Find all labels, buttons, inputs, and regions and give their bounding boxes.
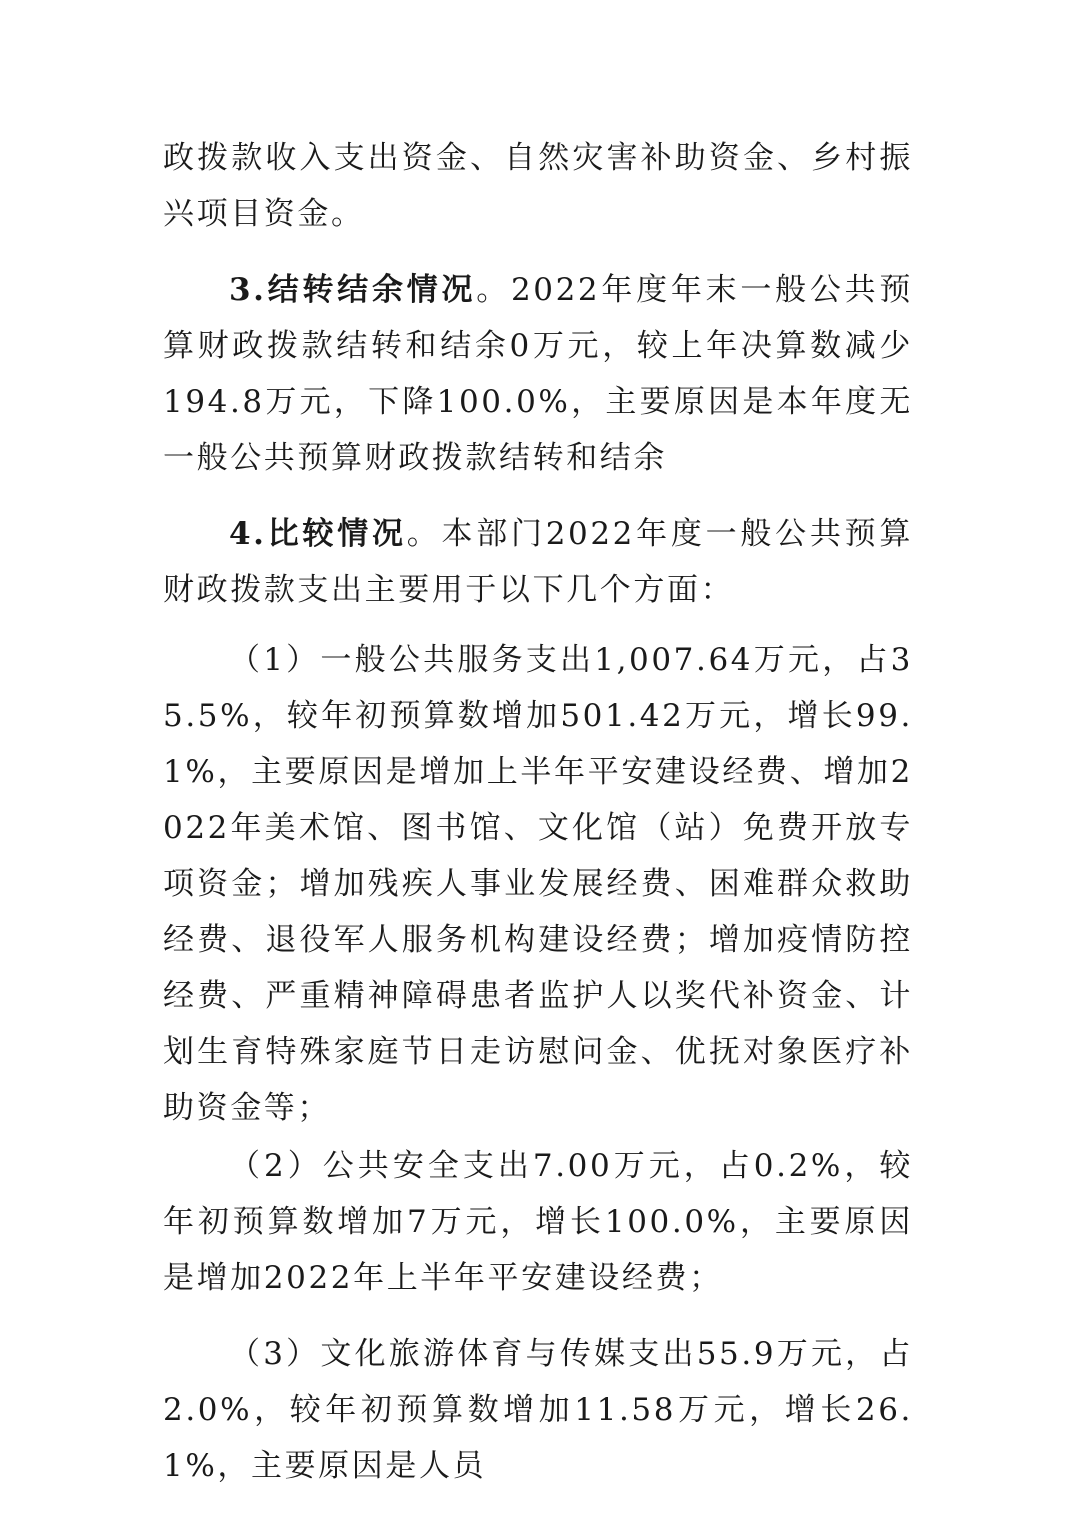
paragraph-comparison: 4.比较情况。本部门2022年度一般公共预算财政拨款支出主要用于以下几个方面： (163, 506, 913, 618)
document-page: 政拨款收入支出资金、自然灾害补助资金、乡村振兴项目资金。 3.结转结余情况。20… (0, 0, 1074, 1520)
document-body: 政拨款收入支出资金、自然灾害补助资金、乡村振兴项目资金。 3.结转结余情况。20… (163, 130, 913, 1494)
section-heading-comparison: 4.比较情况 (229, 516, 407, 552)
paragraph-continuation: 政拨款收入支出资金、自然灾害补助资金、乡村振兴项目资金。 (163, 130, 913, 242)
paragraph-general-public-services: （1）一般公共服务支出1,007.64万元，占35.5%，较年初预算数增加501… (163, 632, 913, 1136)
section-heading-carryover: 3.结转结余情况 (229, 272, 476, 308)
paragraph-culture-tourism-sports-media: （3）文化旅游体育与传媒支出55.9万元，占2.0%，较年初预算数增加11.58… (163, 1326, 913, 1494)
paragraph-public-security: （2）公共安全支出7.00万元，占0.2%，较年初预算数增加7万元，增长100.… (163, 1138, 913, 1306)
paragraph-carryover-balance: 3.结转结余情况。2022年度年末一般公共预算财政拨款结转和结余0万元，较上年决… (163, 262, 913, 486)
